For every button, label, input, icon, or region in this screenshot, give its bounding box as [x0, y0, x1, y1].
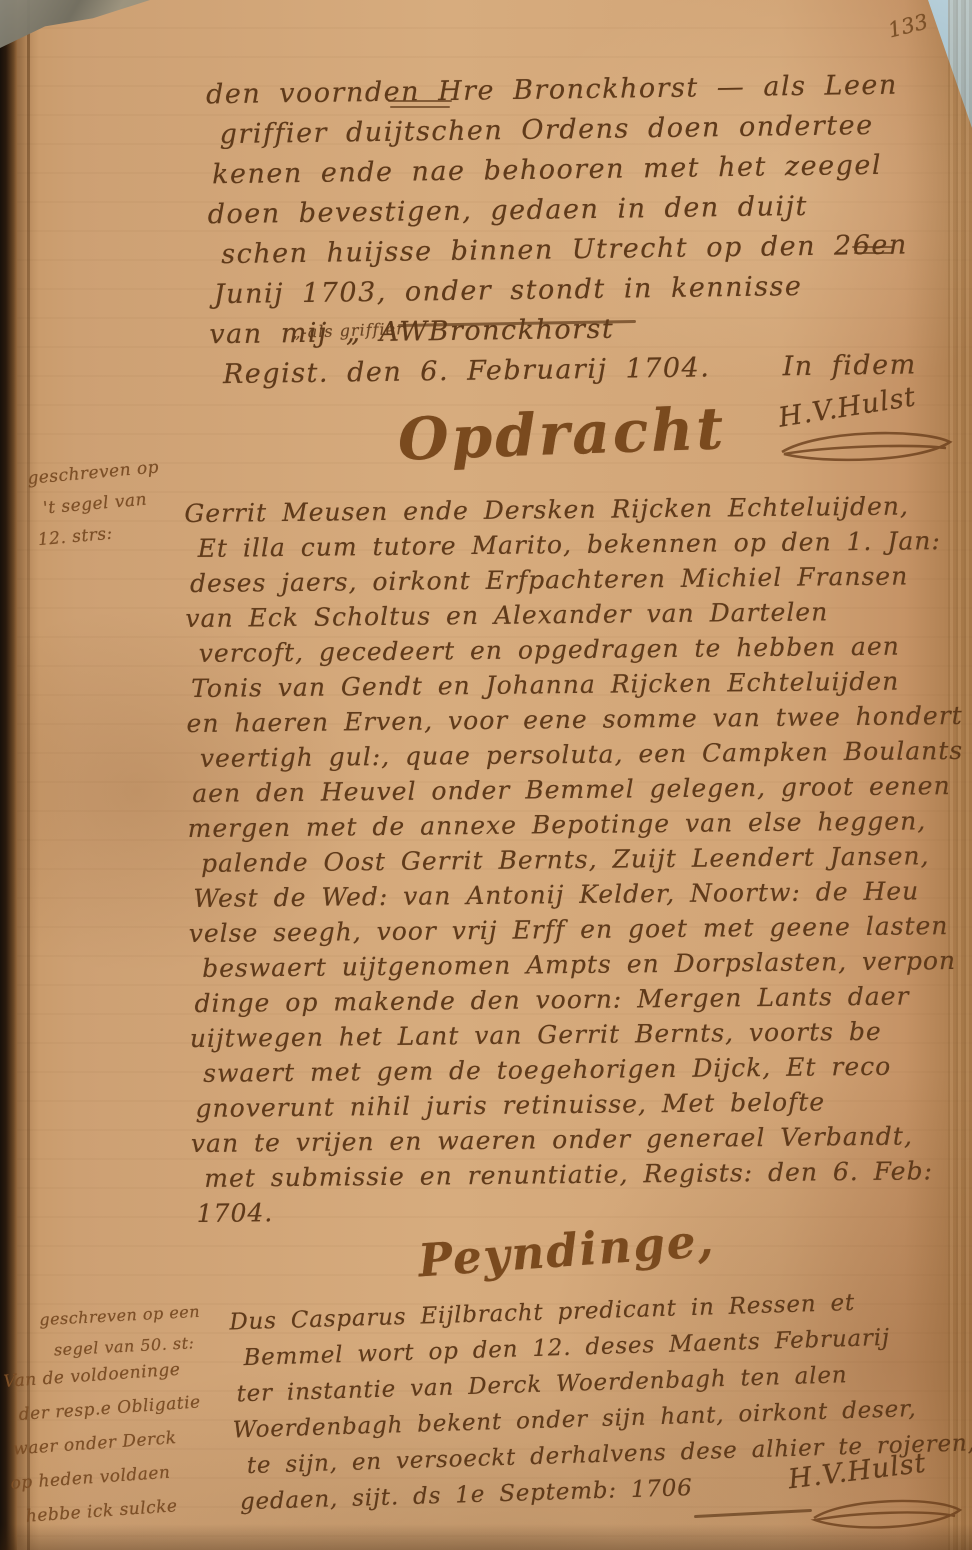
ink-stroke-underline-hre2 [390, 106, 450, 108]
ink-stroke-underline-1706 [694, 1509, 812, 1518]
margin-note-voldoeninge: Van de voldoeningeder resp.e Obligatiewa… [2, 1351, 209, 1534]
signature-flourish-bottom [800, 1488, 970, 1538]
ink-stroke-dash-26 [852, 246, 894, 248]
opdracht-text-block: Gerrit Meusen ende Dersken Rijcken Echte… [184, 488, 962, 1231]
margin-note-segel-12: geschreven op't segel van12. strs: [26, 452, 166, 556]
ink-stroke-dash-26b [854, 252, 892, 254]
section-heading-opdracht: Opdracht [397, 394, 727, 473]
book-gutter-shadow [0, 0, 17, 1550]
interlinear-note: „-als griffier [292, 319, 405, 342]
manuscript-page-scan: 133 den voornden Hre Bronckhorst — als L… [0, 0, 972, 1550]
page-number: 133 [886, 10, 931, 43]
ink-stroke-underline-hre [388, 100, 452, 102]
top-edge-debris [0, 0, 150, 48]
signature-flourish-top [770, 418, 960, 470]
page-fold-line [27, 0, 30, 1550]
top-act-text-block: den voornden Hre Bronckhorst — als Leeng… [206, 65, 970, 396]
